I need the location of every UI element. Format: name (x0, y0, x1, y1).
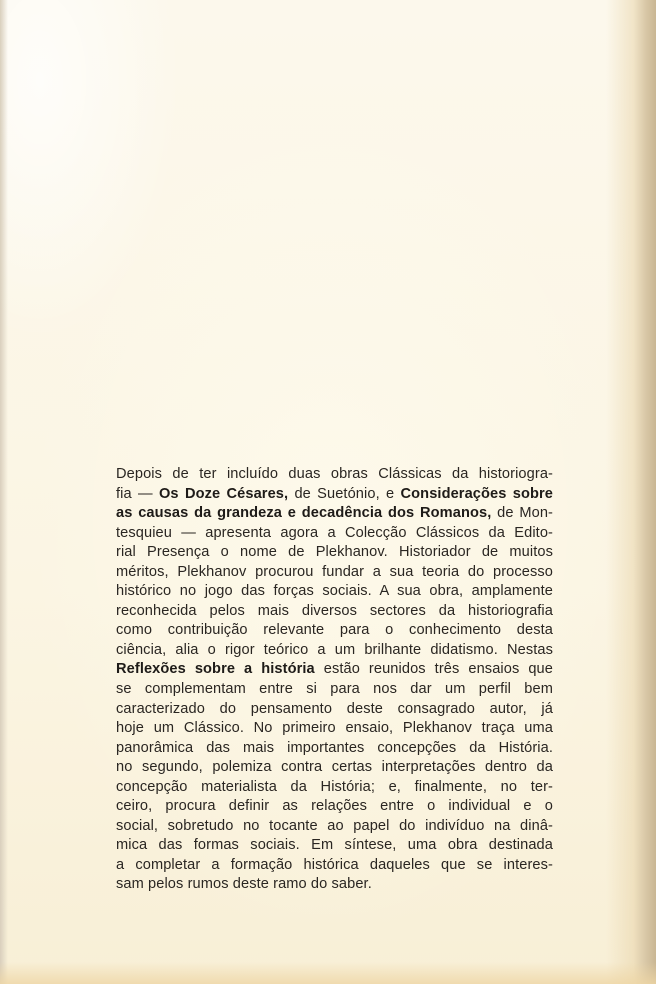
blurb-line: rial Presença o nome de Plekhanov. Histo… (116, 543, 553, 563)
body-text: fia — (116, 486, 159, 502)
body-text: ciência, alia o rigor teórico a um brilh… (116, 642, 553, 658)
body-text: sam pelos rumos deste ramo do saber. (116, 876, 372, 892)
body-text: se complementam entre si para nos dar um… (116, 681, 553, 697)
blurb-line: concepção materialista da História; e, f… (116, 778, 553, 798)
body-text: a completar a formação histórica daquele… (116, 857, 553, 873)
body-text: histórico no jogo das forças sociais. A … (116, 583, 553, 599)
blurb-line: mica das formas sociais. Em síntese, uma… (116, 836, 553, 856)
blurb-line: histórico no jogo das forças sociais. A … (116, 582, 553, 602)
body-text: social, sobretudo no tocante ao papel do… (116, 818, 553, 834)
body-text: tesquieu — apresenta agora a Colecção Cl… (116, 525, 553, 541)
body-text: como contribuição relevante para o conhe… (116, 622, 553, 638)
blurb-line: tesquieu — apresenta agora a Colecção Cl… (116, 524, 553, 544)
bold-title-text: Reflexões sobre a história (116, 661, 315, 677)
body-text: caracterizado do pensamento deste consag… (116, 701, 553, 717)
page-edge-bottom-wear (0, 962, 656, 984)
blurb-line: a completar a formação histórica daquele… (116, 856, 553, 876)
blurb-line: ciência, alia o rigor teórico a um brilh… (116, 641, 553, 661)
blurb-line: social, sobretudo no tocante ao papel do… (116, 817, 553, 837)
blurb-line: reconhecida pelos mais diversos sectores… (116, 602, 553, 622)
page-edge-right-wear (606, 0, 656, 984)
blurb-line: as causas da grandeza e decadência dos R… (116, 504, 553, 524)
page-edge-left (0, 0, 8, 984)
body-text: no segundo, polemiza contra certas inter… (116, 759, 553, 775)
blurb-line: méritos, Plekhanov procurou fundar a sua… (116, 563, 553, 583)
body-text: concepção materialista da História; e, f… (116, 779, 553, 795)
blurb-line: hoje um Clássico. No primeiro ensaio, Pl… (116, 719, 553, 739)
body-text: rial Presença o nome de Plekhanov. Histo… (116, 544, 553, 560)
body-text: de Suetónio, e (288, 486, 400, 502)
bold-title-text: Os Doze Césares, (159, 486, 288, 502)
body-text: mica das formas sociais. Em síntese, uma… (116, 837, 553, 853)
body-text: estão reunidos três ensaios que (315, 661, 553, 677)
blurb-line: sam pelos rumos deste ramo do saber. (116, 875, 553, 895)
blurb-line: no segundo, polemiza contra certas inter… (116, 758, 553, 778)
blurb-paragraph: Depois de ter incluído duas obras Clássi… (116, 465, 553, 895)
body-text: panorâmica das mais importantes concepçõ… (116, 740, 553, 756)
blurb-line: se complementam entre si para nos dar um… (116, 680, 553, 700)
blurb-line: Reflexões sobre a história estão reunido… (116, 660, 553, 680)
blurb-line: como contribuição relevante para o conhe… (116, 621, 553, 641)
blurb-line: caracterizado do pensamento deste consag… (116, 700, 553, 720)
body-text: hoje um Clássico. No primeiro ensaio, Pl… (116, 720, 553, 736)
body-text: reconhecida pelos mais diversos sectores… (116, 603, 553, 619)
bold-title-text: Considerações sobre (401, 486, 553, 502)
bold-title-text: as causas da grandeza e decadência dos R… (116, 505, 491, 521)
blurb-line: fia — Os Doze Césares, de Suetónio, e Co… (116, 485, 553, 505)
blurb-line: ceiro, procura definir as relações entre… (116, 797, 553, 817)
blurb-line: Depois de ter incluído duas obras Clássi… (116, 465, 553, 485)
blurb-line: panorâmica das mais importantes concepçõ… (116, 739, 553, 759)
body-text: de Mon- (491, 505, 553, 521)
body-text: méritos, Plekhanov procurou fundar a sua… (116, 564, 553, 580)
body-text: ceiro, procura definir as relações entre… (116, 798, 553, 814)
book-back-cover: Depois de ter incluído duas obras Clássi… (0, 0, 656, 984)
body-text: Depois de ter incluído duas obras Clássi… (116, 466, 553, 482)
